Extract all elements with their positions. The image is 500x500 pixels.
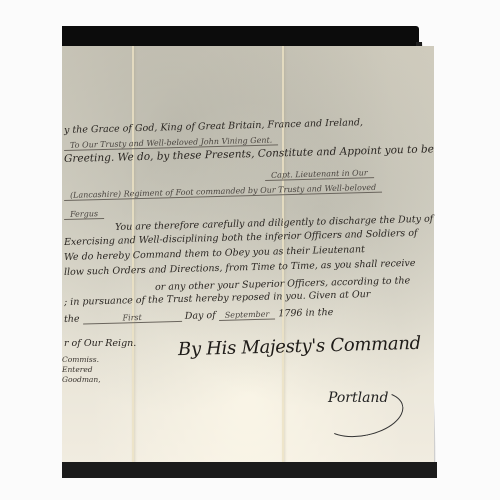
document-line-6: Fergus (64, 208, 104, 220)
margin-note: Entered (62, 365, 93, 374)
handwritten-month: September (219, 309, 276, 320)
frame-bottom-edge (62, 462, 437, 478)
margin-note: Commiss. (62, 355, 99, 364)
margin-note: Goodman, (62, 375, 101, 384)
document-line-14: r of Our Reign. (64, 338, 136, 349)
handwritten-year: 1796 (278, 308, 302, 320)
handwritten-officer-name: Fergus (64, 209, 104, 220)
frame-top-edge (62, 26, 419, 48)
signature: Portland (328, 390, 388, 406)
